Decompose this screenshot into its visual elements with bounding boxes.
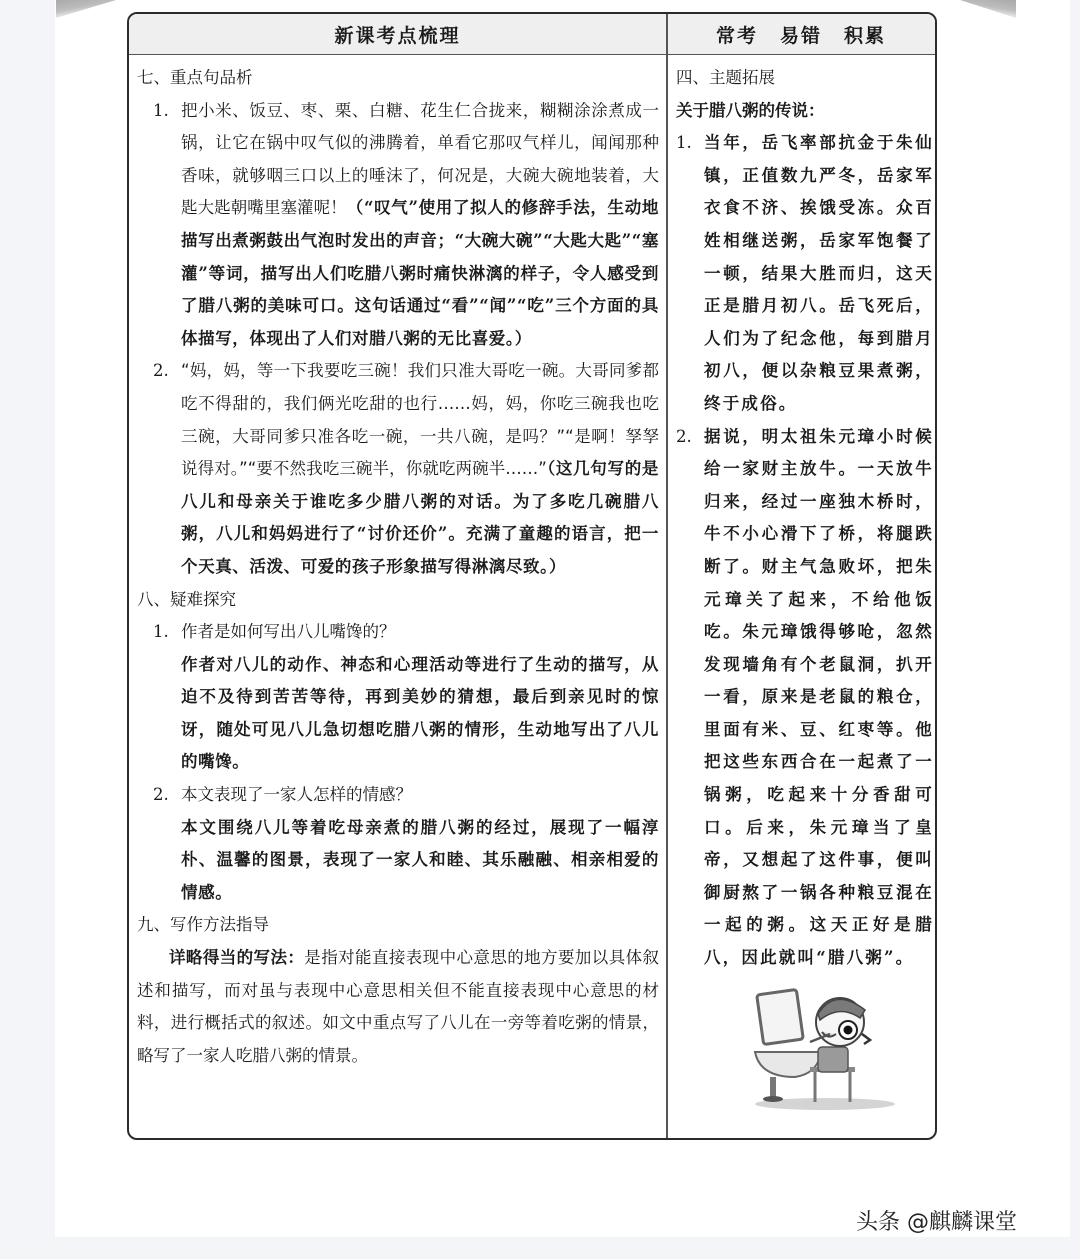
subtitle: 关于腊八粥的传说： bbox=[676, 95, 934, 128]
item-number: 2. bbox=[153, 779, 169, 812]
answer-text: 本文围绕八儿等着吃母亲煮的腊八粥的经过，展现了一幅淳朴、温馨的图景，表现了一家人… bbox=[181, 812, 659, 910]
watermark: 头条 @麒麟课堂 bbox=[856, 1205, 1017, 1236]
left-column: 七、重点句品析 1. 把小米、饭豆、枣、栗、白糖、花生仁合拢来，糊糊涂涂煮成一锅… bbox=[137, 62, 659, 1072]
header-right-part: 积累 bbox=[844, 21, 886, 48]
question-item: 1. 作者是如何写出八儿嘴馋的？ 作者对八儿的动作、神态和心理活动等进行了生动的… bbox=[137, 616, 659, 779]
section-title: 四、主题拓展 bbox=[676, 62, 934, 95]
legend-text: 当年，岳飞率部抗金于朱仙镇，正值数九严冬，岳家军衣食不济、挨饿受冻。众百姓相继送… bbox=[704, 127, 934, 420]
study-table: 新课考点梳理 常考 易错 积累 七、重点句品析 1. 把小米、饭豆、枣、栗、白糖… bbox=[127, 12, 937, 1140]
header-right-part: 易错 bbox=[780, 21, 822, 48]
item-number: 2. bbox=[153, 355, 169, 388]
legend-text: 据说，明太祖朱元璋小时候给一家财主放牛。一天放牛归来，经过一座独木桥时，牛不小心… bbox=[704, 421, 934, 975]
item-number: 2. bbox=[676, 421, 692, 454]
key-sentence-item: 2. “妈，妈，等一下我要吃三碗！我们只准大哥吃一碗。大哥同爹都吃不得甜的，我们… bbox=[137, 355, 659, 583]
method-name: 详略得当的写法： bbox=[169, 948, 304, 967]
item-number: 1. bbox=[153, 95, 169, 128]
question-text: 本文表现了一家人怎样的情感？ bbox=[181, 779, 659, 812]
question-item: 2. 本文表现了一家人怎样的情感？ 本文围绕八儿等着吃母亲煮的腊八粥的经过，展现… bbox=[137, 779, 659, 909]
section-title: 九、写作方法指导 bbox=[137, 909, 659, 942]
section-title: 七、重点句品析 bbox=[137, 62, 659, 95]
legend-item: 2. 据说，明太祖朱元璋小时候给一家财主放牛。一天放牛归来，经过一座独木桥时，牛… bbox=[676, 421, 934, 975]
header-left-title: 新课考点梳理 bbox=[129, 14, 666, 54]
question-text: 作者是如何写出八儿嘴馋的？ bbox=[181, 616, 659, 649]
header-right-part: 常考 bbox=[716, 21, 758, 48]
right-column: 四、主题拓展 关于腊八粥的传说： 1. 当年，岳飞率部抗金于朱仙镇，正值数九严冬… bbox=[676, 62, 934, 975]
sentence-analysis: （“叹气”使用了拟人的修辞手法，生动地描写出煮粥鼓出气泡时发出的声音；“大碗大碗… bbox=[181, 198, 659, 347]
header-right-title: 常考 易错 积累 bbox=[667, 14, 935, 54]
answer-text: 作者对八儿的动作、神态和心理活动等进行了生动的描写，从迫不及待到苦苦等待，再到美… bbox=[181, 649, 659, 779]
section-title: 八、疑难探究 bbox=[137, 584, 659, 617]
table-header: 新课考点梳理 常考 易错 积累 bbox=[129, 14, 935, 55]
column-divider bbox=[666, 14, 668, 1138]
legend-item: 1. 当年，岳飞率部抗金于朱仙镇，正值数九严冬，岳家军衣食不济、挨饿受冻。众百姓… bbox=[676, 127, 934, 420]
item-number: 1. bbox=[676, 127, 692, 160]
writing-method-paragraph: 详略得当的写法：是指对能直接表现中心意思的地方要加以具体叙述和描写，而对虽与表现… bbox=[137, 942, 659, 1072]
item-number: 1. bbox=[153, 616, 169, 649]
cartoon-illustration bbox=[740, 982, 900, 1112]
key-sentence-item: 1. 把小米、饭豆、枣、栗、白糖、花生仁合拢来，糊糊涂涂煮成一锅，让它在锅中叹气… bbox=[137, 95, 659, 356]
